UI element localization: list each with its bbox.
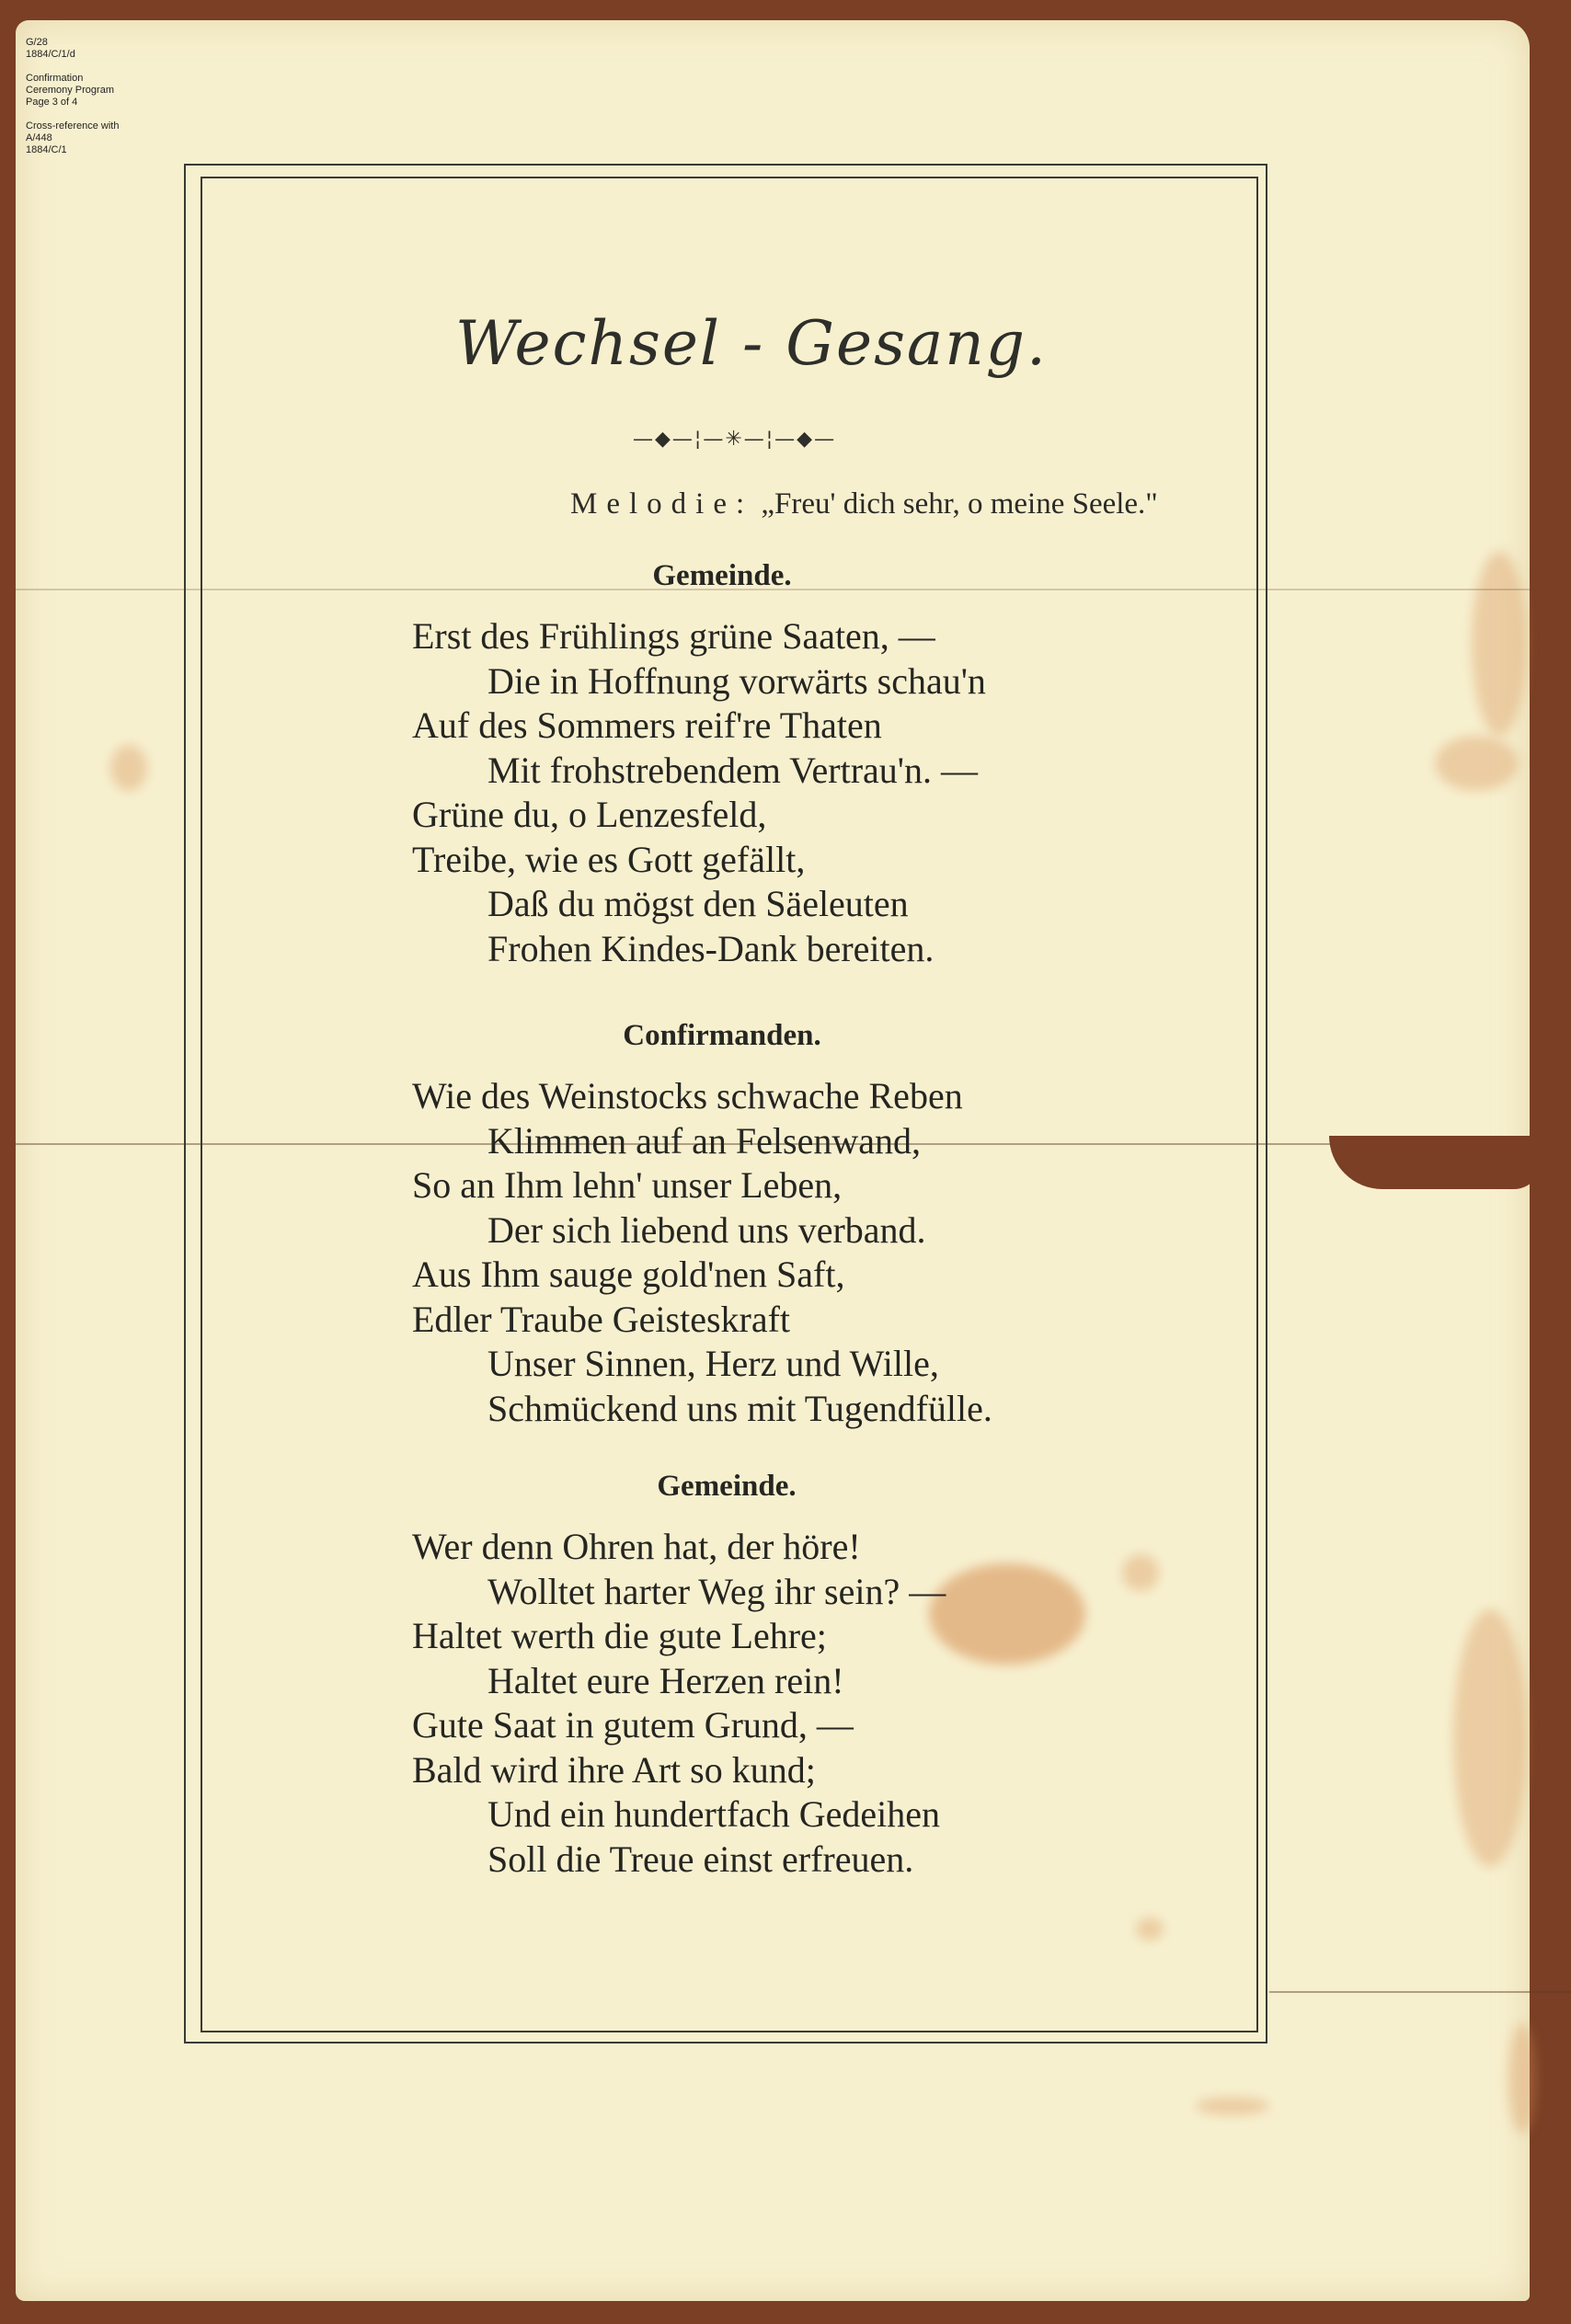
stain — [1472, 552, 1527, 736]
melody-line: Melodie: „Freu' dich sehr, o meine Seele… — [570, 487, 1158, 521]
verse-line: Soll die Treue einst erfreuen. — [412, 1837, 946, 1883]
stain — [110, 745, 147, 791]
stanza: Erst des Frühlings grüne Saaten, — Die i… — [412, 614, 986, 971]
stain — [1453, 1609, 1527, 1867]
catalog-xref: A/448 — [26, 132, 119, 144]
verse-line: So an Ihm lehn' unser Leben, — [412, 1163, 992, 1208]
fold-line — [1269, 1991, 1571, 1993]
verse-line: Wie des Weinstocks schwache Reben — [412, 1074, 992, 1119]
catalog-desc: Confirmation — [26, 73, 119, 85]
verse-line: Gute Saat in gutem Grund, — — [412, 1703, 946, 1748]
catalog-xref: Cross-reference with — [26, 120, 119, 132]
stanza: Wer denn Ohren hat, der höre! Wolltet ha… — [412, 1525, 946, 1882]
verse-line: Daß du mögst den Säeleuten — [412, 882, 986, 927]
stain — [1435, 736, 1518, 791]
catalog-desc: Page 3 of 4 — [26, 97, 119, 109]
verse-line: Die in Hoffnung vorwärts schau'n — [412, 659, 986, 704]
verse-line: Grüne du, o Lenzesfeld, — [412, 793, 986, 838]
ornament-divider-icon: —◆—¦—✳—¦—◆— — [633, 428, 836, 451]
verse-line: Bald wird ihre Art so kund; — [412, 1748, 946, 1793]
catalog-xref: 1884/C/1 — [26, 144, 119, 156]
verse-line: Erst des Frühlings grüne Saaten, — — [412, 614, 986, 659]
document-title: Wechsel - Gesang. — [455, 308, 1048, 379]
section-heading: Gemeinde. — [639, 1470, 814, 1504]
verse-line: Unser Sinnen, Herz und Wille, — [412, 1342, 992, 1387]
verse-line: Haltet eure Herzen rein! — [412, 1659, 946, 1704]
verse-line: Frohen Kindes-Dank bereiten. — [412, 927, 986, 972]
verse-line: Der sich liebend uns verband. — [412, 1208, 992, 1254]
verse-line: Wer denn Ohren hat, der höre! — [412, 1525, 946, 1570]
catalog-ref: 1884/C/1/d — [26, 49, 119, 61]
stain — [1196, 2097, 1269, 2115]
torn-notch — [1329, 1136, 1541, 1189]
verse-line: Haltet werth die gute Lehre; — [412, 1614, 946, 1659]
catalog-label: G/28 1884/C/1/d Confirmation Ceremony Pr… — [26, 37, 119, 168]
stanza: Wie des Weinstocks schwache Reben Klimme… — [412, 1074, 992, 1431]
verse-line: Klimmen auf an Felsenwand, — [412, 1119, 992, 1164]
melody-label: Melodie: — [570, 487, 753, 521]
verse-line: Wolltet harter Weg ihr sein? — — [412, 1570, 946, 1615]
verse-line: Mit frohstrebendem Vertrau'n. — — [412, 749, 986, 794]
catalog-desc: Ceremony Program — [26, 85, 119, 97]
stain — [1508, 2023, 1536, 2134]
verse-line: Schmückend uns mit Tugendfülle. — [412, 1387, 992, 1432]
section-heading: Confirmanden. — [598, 1019, 846, 1053]
section-heading: Gemeinde. — [635, 559, 809, 593]
melody-text: „Freu' dich sehr, o meine Seele." — [761, 487, 1157, 521]
verse-line: Und ein hundertfach Gedeihen — [412, 1792, 946, 1837]
catalog-ref: G/28 — [26, 37, 119, 49]
verse-line: Edler Traube Geisteskraft — [412, 1298, 992, 1343]
verse-line: Auf des Sommers reif're Thaten — [412, 704, 986, 749]
verse-line: Treibe, wie es Gott gefällt, — [412, 838, 986, 883]
verse-line: Aus Ihm sauge gold'nen Saft, — [412, 1253, 992, 1298]
